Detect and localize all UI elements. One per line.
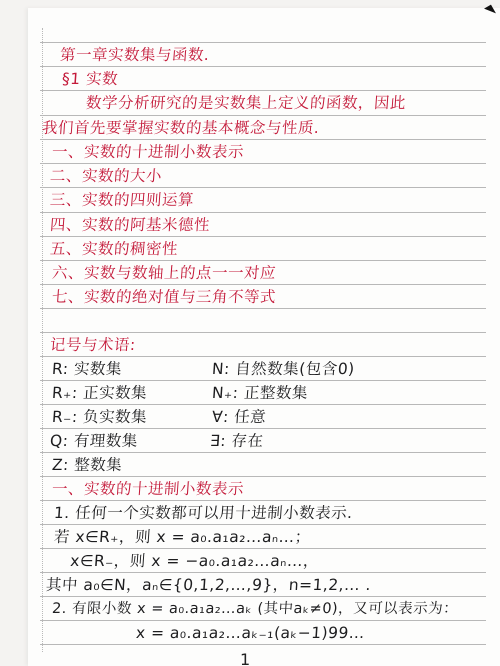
ruled-line — [40, 187, 486, 188]
chapter-title: 第一章实数集与函数. — [59, 45, 210, 65]
page-number: 1 — [240, 650, 250, 666]
ruled-line — [40, 115, 486, 116]
outline-item: 一、实数的十进制小数表示 — [51, 142, 244, 162]
ruled-line — [40, 548, 486, 549]
notation-right: N₊: 正整数集 — [211, 383, 308, 403]
ruled-line — [40, 404, 486, 405]
ruled-line — [40, 644, 486, 645]
ruled-line — [40, 620, 486, 621]
intro-line-1: 数学分析研究的是实数集上定义的函数，因此 — [85, 93, 406, 113]
notation-left: R₋: 负实数集 — [51, 408, 147, 426]
notation-heading: 记号与术语: — [49, 335, 136, 355]
ruled-line — [40, 260, 486, 261]
notation-row: R₋: 负实数集 ∀: 任意 — [51, 407, 148, 427]
notation-left: Q: 有理数集 — [49, 432, 138, 450]
section1-line: x∈R₋，则 x = −a₀.a₁a₂…aₙ…， — [53, 551, 319, 571]
section1-line: 2. 有限小数 x = a₀.a₁a₂…aₖ (其中aₖ≠0)，又可以表示为： — [51, 599, 459, 619]
outline-item: 四、实数的阿基米德性 — [49, 215, 210, 235]
notebook-page: 第一章实数集与函数. §1 实数 数学分析研究的是实数集上定义的函数，因此 我们… — [28, 8, 500, 666]
notation-row: Q: 有理数集 ∃: 存在 — [49, 431, 138, 451]
notation-right: ∃: 存在 — [209, 431, 264, 451]
section1-line: 若 x∈R₊，则 x = a₀.a₁a₂…aₙ…； — [53, 527, 311, 547]
ruled-line — [40, 452, 486, 453]
outline-item: 五、实数的稠密性 — [49, 239, 178, 259]
ruled-line — [40, 284, 486, 285]
ruled-line — [40, 90, 486, 91]
ruled-line — [40, 236, 486, 237]
notation-left: Z: 整数集 — [51, 456, 123, 474]
ruled-line — [40, 332, 486, 333]
section1-heading: 一、实数的十进制小数表示 — [51, 479, 244, 499]
ruled-line — [40, 139, 486, 140]
section1-line: x = a₀.a₁a₂…aₖ₋₁(aₖ−1)99… — [135, 623, 365, 643]
ruled-line — [40, 596, 486, 597]
ruled-line — [40, 66, 486, 67]
section1-line: 1. 任何一个实数都可以用十进制小数表示. — [53, 503, 353, 523]
intro-line-2: 我们首先要掌握实数的基本概念与性质. — [41, 118, 320, 138]
notation-left: R₊: 正实数集 — [51, 384, 147, 402]
ruled-line — [40, 380, 486, 381]
ruled-line — [40, 524, 486, 525]
notation-right: ∀: 任意 — [211, 407, 267, 427]
outline-item: 三、实数的四则运算 — [49, 190, 194, 210]
section1-line: 其中 a₀∈N，aₙ∈{0,1,2,…,9}，n=1,2,… . — [45, 575, 371, 595]
notation-row: Z: 整数集 — [51, 455, 123, 475]
outline-item: 六、实数与数轴上的点一一对应 — [51, 263, 276, 283]
ruled-line — [40, 42, 486, 43]
ruled-line — [40, 308, 486, 309]
ruled-line — [40, 572, 486, 573]
ruled-line — [40, 356, 486, 357]
outline-item: 七、实数的绝对值与三角不等式 — [51, 287, 276, 307]
notation-right: N: 自然数集(包含0) — [211, 359, 355, 379]
ruled-line — [40, 476, 486, 477]
notation-row: R₊: 正实数集 N₊: 正整数集 — [51, 383, 148, 403]
ruled-line — [40, 500, 486, 501]
ruled-line — [40, 212, 486, 213]
section-title: §1 实数 — [61, 69, 118, 89]
corner-mark — [484, 5, 496, 18]
outline-item: 二、实数的大小 — [49, 166, 162, 186]
ruled-line — [40, 428, 486, 429]
notation-row: R: 实数集 N: 自然数集(包含0) — [51, 359, 122, 379]
notation-left: R: 实数集 — [51, 360, 122, 378]
ruled-line — [40, 163, 486, 164]
